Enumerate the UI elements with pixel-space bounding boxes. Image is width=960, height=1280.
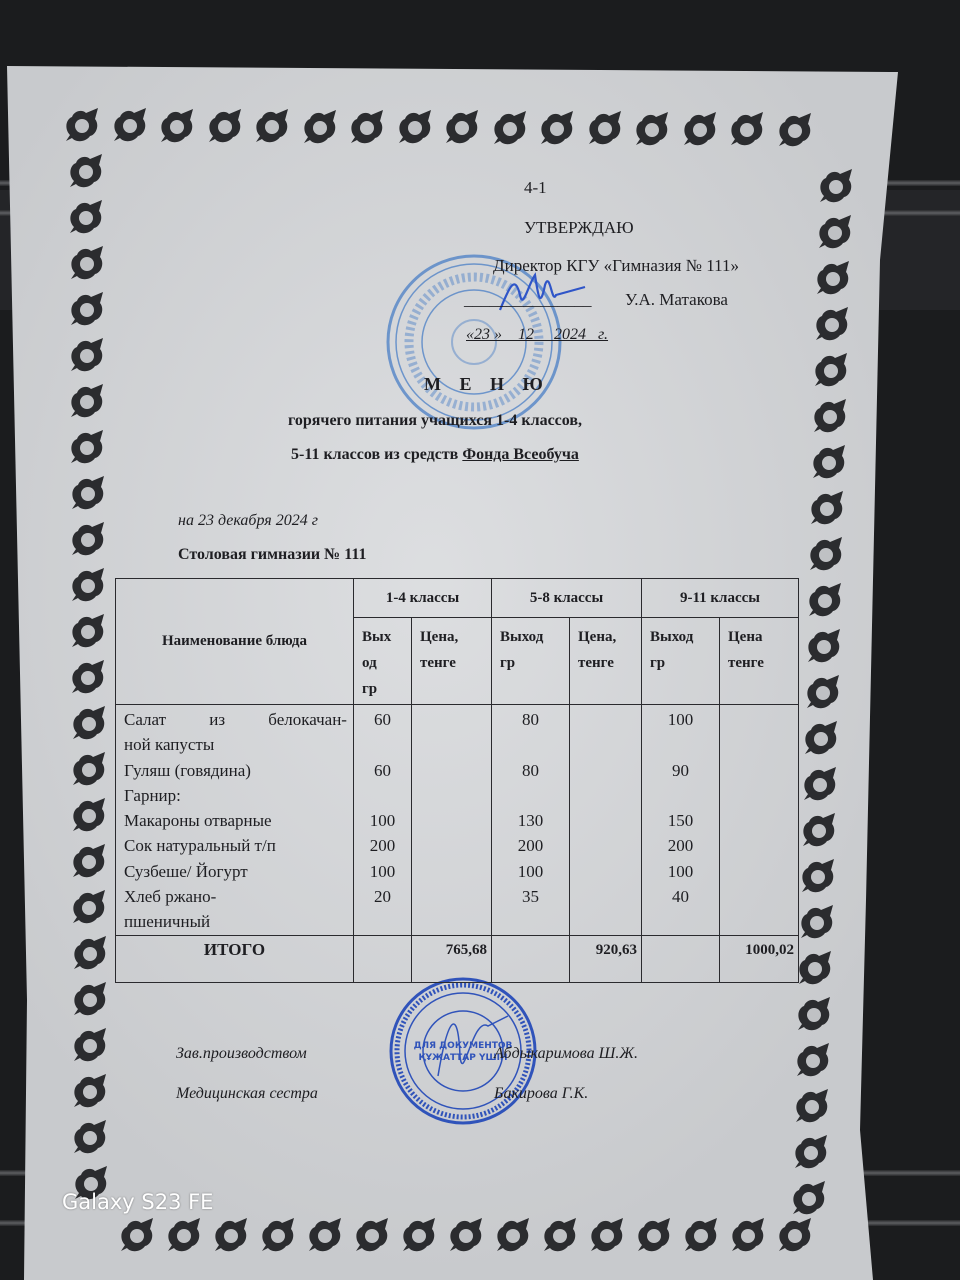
dish-line: пшеничный (124, 909, 353, 934)
yield-value: 60 (354, 707, 411, 732)
yield-value: 100 (492, 859, 569, 884)
signature-name-nurse: Бакирова Г.К. (494, 1085, 588, 1103)
yield-value: 60 (354, 758, 411, 783)
group-header-1-4: 1-4 классы (354, 579, 492, 618)
dish-line: Салатизбелокачан- (124, 707, 353, 732)
date-day: «23 » (466, 326, 502, 343)
signature-role-production: Зав.производством (176, 1045, 307, 1063)
menu-date: на 23 декабря 2024 г (178, 512, 318, 530)
subtitle-line-2: 5-11 классов из средств Фонда Всеобуча (291, 446, 579, 464)
signature-line: _______________ (464, 290, 592, 310)
yield-value: 40 (642, 884, 719, 909)
yield-cell-9-11: 100 90 15020010040 (642, 705, 720, 936)
yield-value (492, 732, 569, 757)
yield-value: 130 (492, 808, 569, 833)
approval-heading: УТВЕРЖДАЮ (524, 218, 634, 238)
total-yield-9-11 (642, 935, 720, 982)
yield-value (642, 732, 719, 757)
dish-line: Гуляш (говядина) (124, 758, 353, 783)
date-year: 2024 (554, 326, 586, 343)
approval-position: Директор КГУ «Гимназия № 111» (493, 256, 739, 276)
dish-line: Гарнир: (124, 783, 353, 808)
yield-header-1-4: Выходгр (354, 618, 412, 705)
date-month: 12 (518, 326, 534, 343)
dish-line: ной капусты (124, 732, 353, 757)
menu-table: Наименование блюда 1-4 классы 5-8 классы… (115, 578, 799, 983)
total-label: ИТОГО (116, 935, 354, 982)
price-cell-9-11 (720, 705, 799, 936)
yield-value (492, 783, 569, 808)
canteen-name: Столовая гимназии № 111 (178, 546, 366, 564)
yield-value (492, 909, 569, 934)
price-cell-5-8 (570, 705, 642, 936)
signature-name-production: Абдыкаримова Ш.Ж. (494, 1045, 638, 1063)
yield-value: 100 (642, 707, 719, 732)
approval-date: «23 » 12 2024 г. (466, 326, 608, 344)
dish-line: Хлеб ржано- (124, 884, 353, 909)
yield-header-5-8: Выходгр (492, 618, 570, 705)
total-yield-5-8 (492, 935, 570, 982)
date-suffix: г. (598, 326, 608, 343)
group-header-5-8: 5-8 классы (492, 579, 642, 618)
price-cell-1-4 (412, 705, 492, 936)
yield-cell-5-8: 80 80 13020010035 (492, 705, 570, 936)
total-price-5-8: 920,63 (570, 935, 642, 982)
yield-value: 90 (642, 758, 719, 783)
yield-value: 80 (492, 758, 569, 783)
dish-line: Макароны отварные (124, 808, 353, 833)
yield-value (354, 783, 411, 808)
signature-role-nurse: Медицинская сестра (176, 1085, 318, 1103)
yield-value: 200 (642, 833, 719, 858)
yield-value: 100 (354, 808, 411, 833)
camera-watermark: Galaxy S23 FE (62, 1190, 213, 1214)
yield-value (354, 732, 411, 757)
yield-value (354, 909, 411, 934)
group-header-9-11: 9-11 классы (642, 579, 799, 618)
price-header-1-4: Цена,тенге (412, 618, 492, 705)
price-header-5-8: Цена,тенге (570, 618, 642, 705)
yield-value: 200 (354, 833, 411, 858)
subtitle-prefix: 5-11 классов из средств (291, 446, 462, 463)
dish-line: Сузбеше/ Йогурт (124, 859, 353, 884)
fund-name: Фонда Всеобуча (462, 446, 579, 463)
form-number: 4-1 (524, 178, 547, 198)
table-header-row: Наименование блюда 1-4 классы 5-8 классы… (116, 579, 799, 618)
total-price-9-11: 1000,02 (720, 935, 799, 982)
total-row: ИТОГО 765,68 920,63 1000,02 (116, 935, 799, 982)
yield-value (642, 783, 719, 808)
table-row: Салатизбелокачан-ной капустыГуляш (говяд… (116, 705, 799, 936)
yield-value: 200 (492, 833, 569, 858)
yield-value: 20 (354, 884, 411, 909)
yield-value: 35 (492, 884, 569, 909)
approval-signatory: У.А. Матакова (625, 290, 728, 310)
yield-value: 100 (354, 859, 411, 884)
yield-cell-1-4: 60 60 10020010020 (354, 705, 412, 936)
dish-name-header: Наименование блюда (116, 579, 354, 705)
dish-list-cell: Салатизбелокачан-ной капустыГуляш (говяд… (116, 705, 354, 936)
page-title: М Е Н Ю (424, 374, 550, 395)
paper-sheet: ДЛЯ ДОКУМЕНТОВ ҚҰЖАТТАР ҮШІН 4-1 УТВЕРЖД… (0, 0, 960, 1280)
yield-value: 150 (642, 808, 719, 833)
total-yield-1-4 (354, 935, 412, 982)
yield-value (642, 909, 719, 934)
yield-header-9-11: Выходгр (642, 618, 720, 705)
total-price-1-4: 765,68 (412, 935, 492, 982)
dish-line: Сок натуральный т/п (124, 833, 353, 858)
subtitle-line-1: горячего питания учащихся 1-4 классов, (288, 412, 582, 430)
price-header-9-11: Ценатенге (720, 618, 799, 705)
yield-value: 80 (492, 707, 569, 732)
yield-value: 100 (642, 859, 719, 884)
